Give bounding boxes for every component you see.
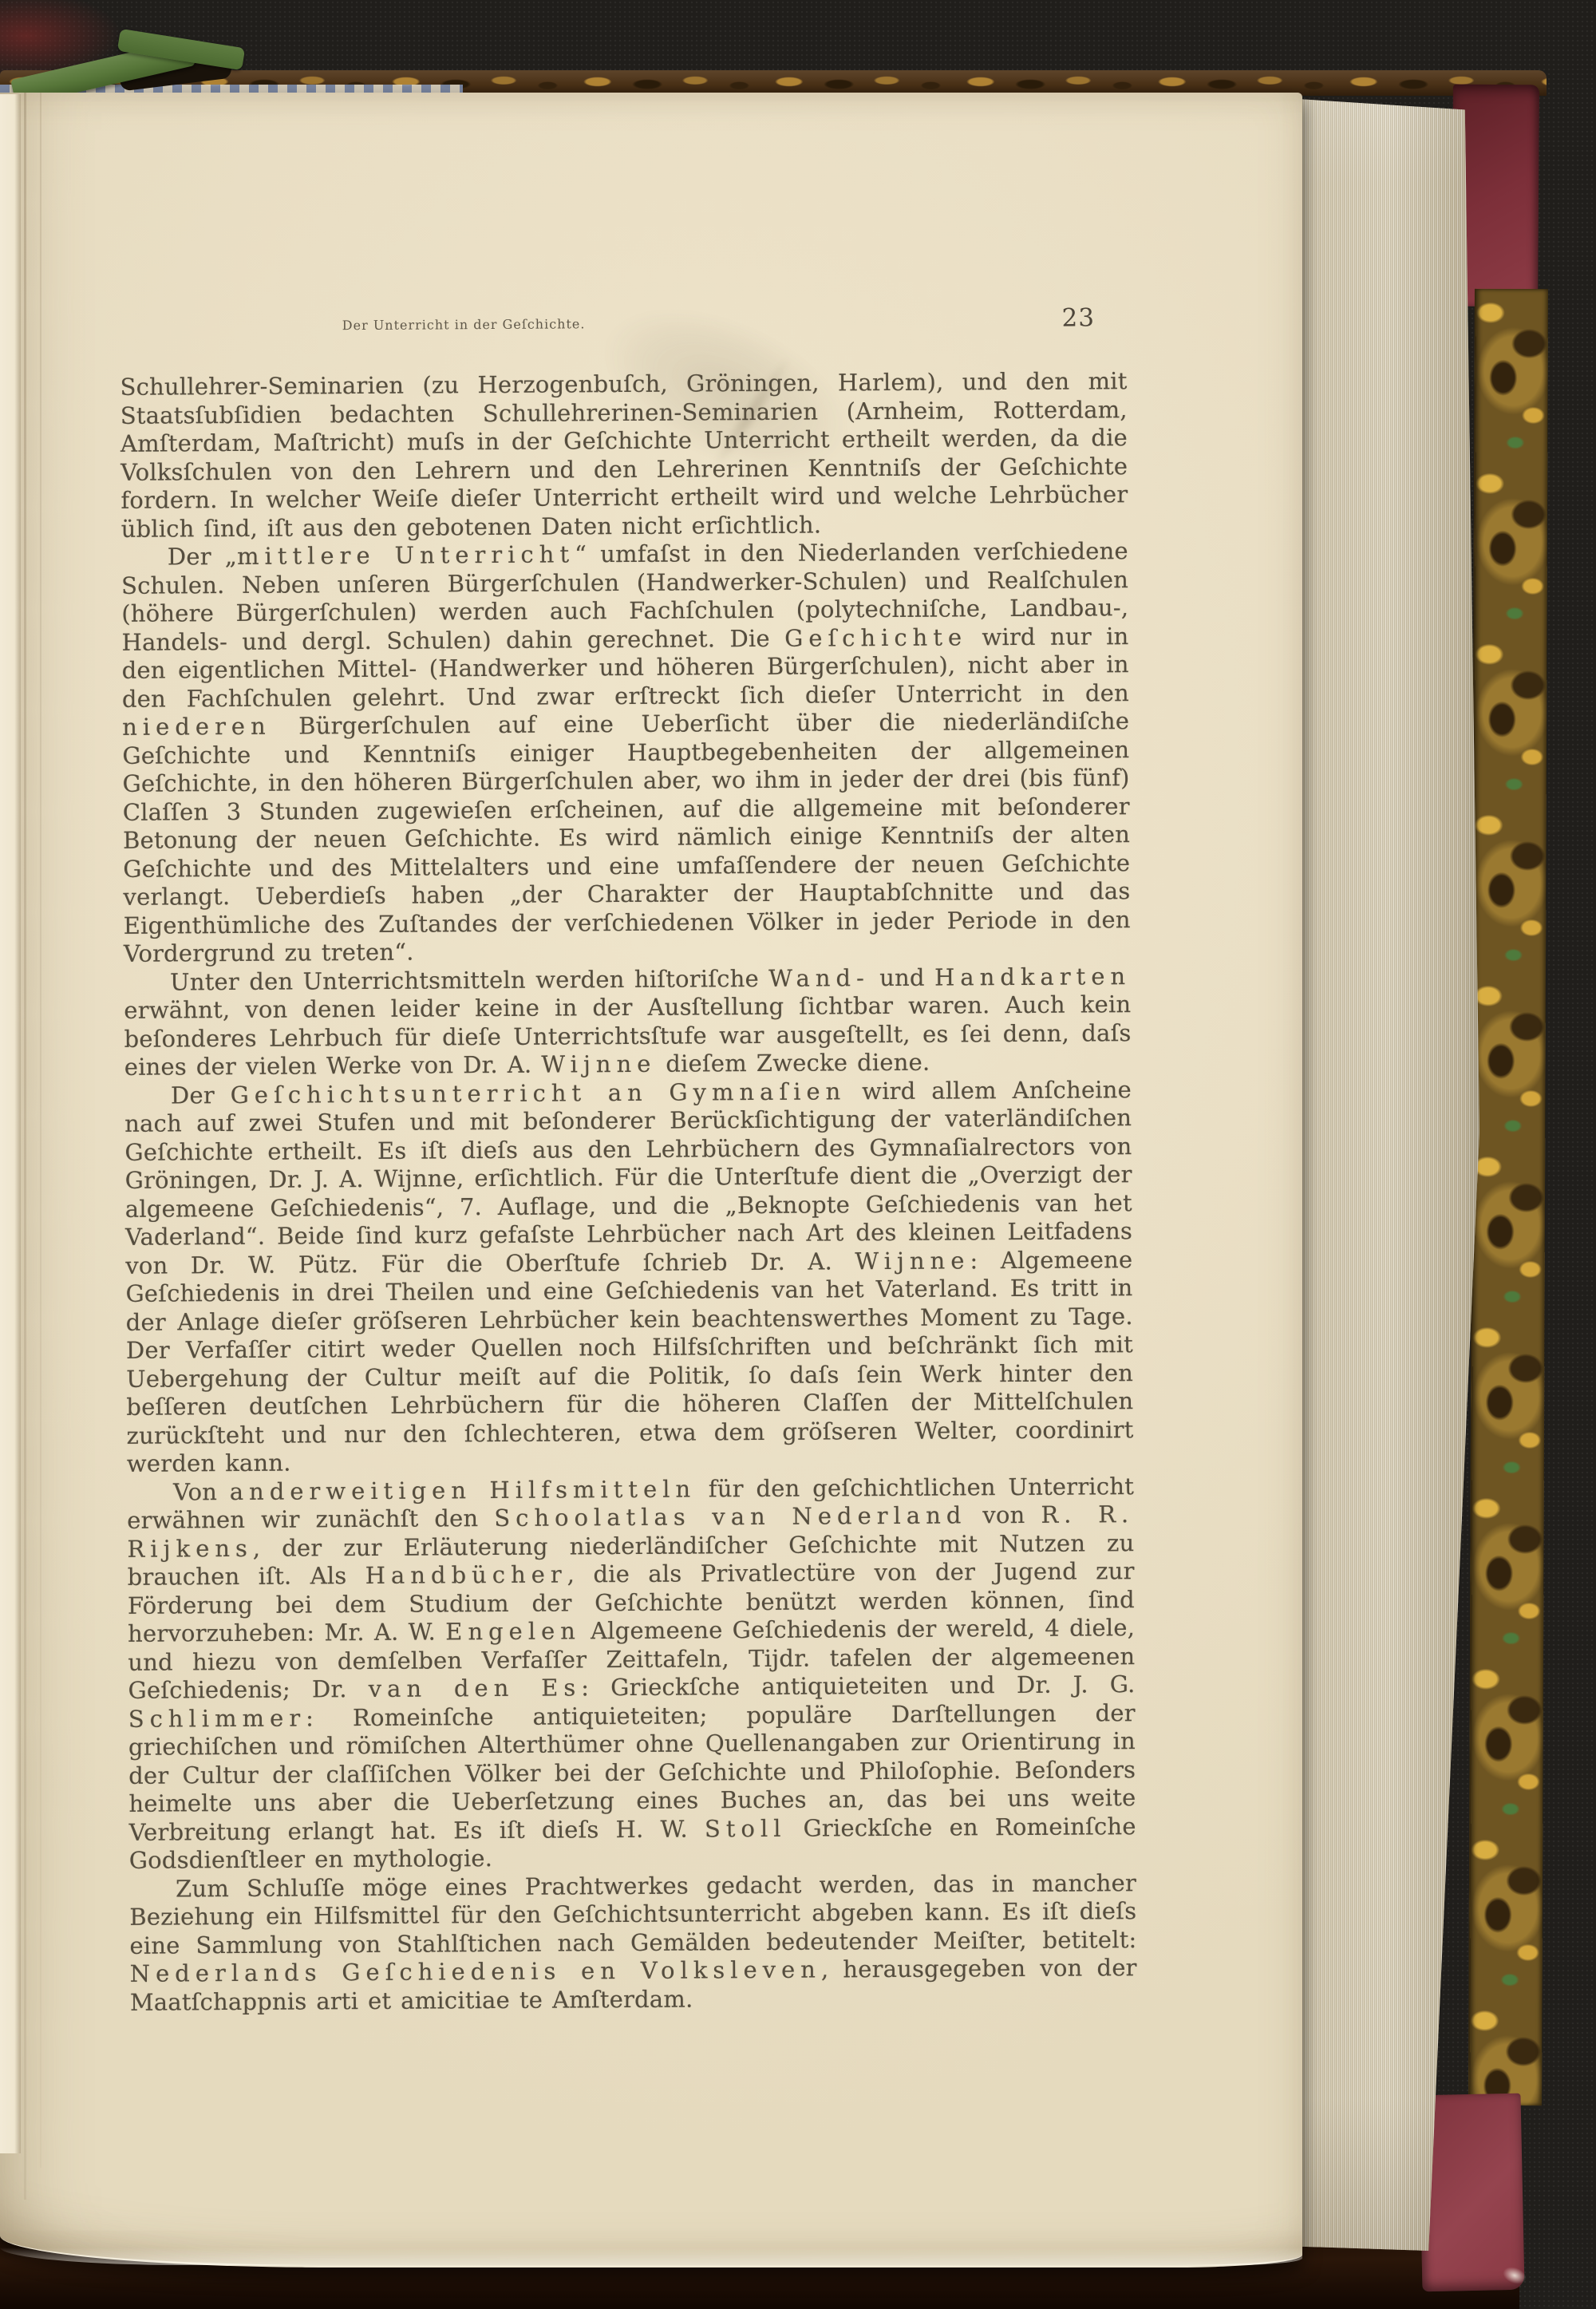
letterspaced-text: Engelen	[445, 1617, 581, 1645]
letterspaced-text: Nederlands Geſchiedenis en Volksleven	[130, 1956, 821, 1987]
letterspaced-text: mittlere Unterricht	[237, 540, 575, 570]
text-run: Der	[171, 1081, 231, 1109]
paragraph: Zum Schluſſe möge eines Prachtwerkes ged…	[129, 1869, 1137, 2017]
letterspaced-text: niederen	[122, 713, 271, 741]
cover-marbled-paper	[1468, 289, 1548, 2105]
text-run: Bürgerſchulen auf eine Ueberſicht über d…	[122, 707, 1130, 967]
previous-page-edge	[0, 94, 21, 2153]
book-page: Der Unterricht in der Geſchichte. 23 Sch…	[0, 93, 1302, 2267]
gutter-fold-line-2	[40, 93, 41, 2168]
letterspaced-text: Handbücher	[365, 1560, 567, 1589]
page-header: Der Unterricht in der Geſchichte. 23	[120, 308, 1127, 338]
letterspaced-text: Schoolatlas van Nederland	[494, 1501, 966, 1532]
text-run: Der „	[168, 543, 237, 571]
letterspaced-text: Stoll	[705, 1814, 787, 1842]
body-text: Schullehrer-Seminarien (zu Herzogenbuſch…	[120, 367, 1137, 2017]
text-run: : Algemeene Geſchiedenis in drei Theilen…	[125, 1246, 1133, 1477]
letterspaced-text: Handkarten	[934, 963, 1131, 991]
paragraph: Schullehrer-Seminarien (zu Herzogenbuſch…	[120, 367, 1128, 544]
letterspaced-text: Wijnne	[541, 1050, 656, 1078]
letterspaced-text: van den Es	[369, 1674, 582, 1702]
text-run: : Grieckſche antiquieteiten und Dr. J. G…	[581, 1670, 1136, 1701]
text-run: Zum Schluſſe möge eines Prachtwerkes ged…	[129, 1869, 1136, 1959]
paragraph: Unter den Unterrichtsmitteln werden hiſt…	[124, 963, 1132, 1082]
paragraph: Der „mittlere Unterricht“ umfaſst in den…	[121, 537, 1131, 968]
running-header: Der Unterricht in der Geſchichte.	[120, 315, 808, 334]
gutter-fold-line	[24, 93, 26, 2200]
letterspaced-text: anderweitigen Hilfsmitteln	[230, 1475, 697, 1505]
book-scan-background: { "document": { "header": { "running_tit…	[0, 0, 1596, 2309]
letterspaced-text: Wand-	[768, 964, 870, 992]
page-content: Der Unterricht in der Geſchichte. 23 Sch…	[120, 308, 1137, 2017]
text-run: Unter den Unterrichtsmitteln werden hiſt…	[170, 964, 768, 995]
paragraph: Von anderweitigen Hilfsmitteln für den g…	[127, 1473, 1136, 1876]
paragraph: Der Geſchichtsunterricht an Gymnaſien wi…	[124, 1076, 1134, 1479]
letterspaced-text: Wijnne	[855, 1247, 970, 1275]
text-run: dieſem Zwecke diene.	[656, 1049, 930, 1077]
letterspaced-text: Geſchichte	[784, 623, 967, 651]
letterspaced-text: Schlimmer	[128, 1704, 306, 1732]
letterspaced-text: Geſchichtsunterricht an Gymnaſien	[231, 1077, 847, 1109]
page-number: 23	[1062, 303, 1096, 332]
text-run: und	[870, 963, 934, 990]
page-fore-edges	[1298, 99, 1479, 2251]
text-run: Von	[173, 1478, 230, 1505]
text-run: Schullehrer-Seminarien (zu Herzogenbuſch…	[120, 367, 1128, 542]
text-run: von	[966, 1501, 1041, 1529]
